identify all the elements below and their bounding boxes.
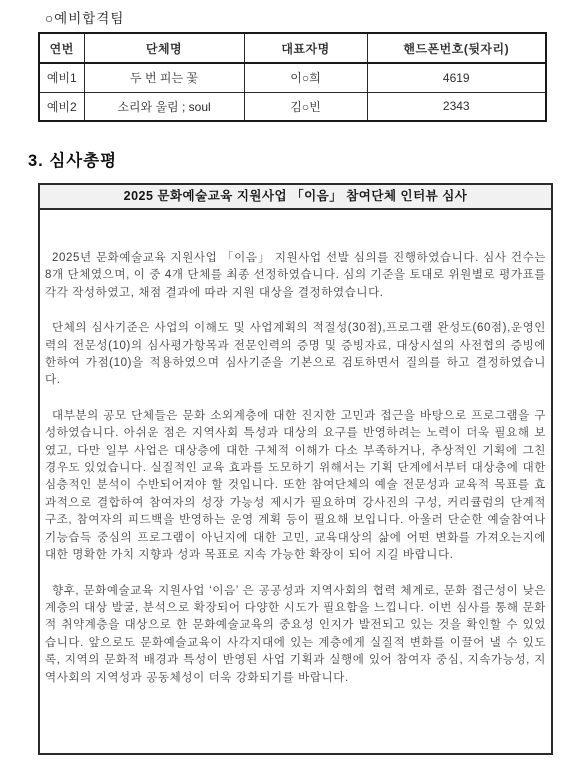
- review-box-title: 2025 문화예술교육 지원사업 「이음」 참여단체 인터뷰 심사: [40, 185, 551, 210]
- cell-org: 소리와 울림 ; soul: [84, 92, 244, 121]
- cell-phone: 4619: [367, 63, 546, 92]
- cell-no: 예비1: [39, 63, 84, 92]
- review-paragraph-4: 향후, 문화예술교육 지원사업 ‘이음’ 은 공공성과 지역사회의 협력 체계로…: [45, 583, 546, 687]
- table-header-row: 연번 단체명 대표자명 핸드폰번호(뒷자리): [39, 33, 546, 63]
- table-row: 예비2 소리와 울림 ; soul 김○빈 2343: [39, 92, 546, 121]
- review-box-body: 2025년 문화예술교육 지원사업 「이음」 지원사업 선발 심의를 진행하였습…: [40, 210, 551, 687]
- cell-org: 두 번 피는 꽃: [84, 63, 244, 92]
- reserve-pass-table: 연번 단체명 대표자명 핸드폰번호(뒷자리) 예비1 두 번 피는 꽃 이○희 …: [38, 32, 547, 122]
- table-row: 예비1 두 번 피는 꽃 이○희 4619: [39, 63, 546, 92]
- review-paragraph-2: 단체의 심사기준은 사업의 이해도 및 사업계획의 적절성(30점),프로그램 …: [45, 320, 546, 390]
- cell-no: 예비2: [39, 92, 84, 121]
- col-header-org: 단체명: [84, 33, 244, 63]
- cell-rep: 김○빈: [244, 92, 367, 121]
- review-section-heading: 3. 심사총평: [28, 147, 117, 171]
- cell-rep: 이○희: [244, 63, 367, 92]
- cell-phone: 2343: [367, 92, 546, 121]
- col-header-no: 연번: [39, 33, 84, 63]
- review-paragraph-1: 2025년 문화예술교육 지원사업 「이음」 지원사업 선발 심의를 진행하였습…: [45, 250, 546, 302]
- review-summary-box: 2025 문화예술교육 지원사업 「이음」 참여단체 인터뷰 심사 2025년 …: [38, 183, 553, 755]
- review-paragraph-3: 대부분의 공모 단체들은 문화 소외계층에 대한 진지한 고민과 접근을 바탕으…: [45, 408, 546, 565]
- reserve-pass-heading: ○예비합격팀: [45, 7, 124, 27]
- col-header-rep: 대표자명: [244, 33, 367, 63]
- col-header-phone: 핸드폰번호(뒷자리): [367, 33, 546, 63]
